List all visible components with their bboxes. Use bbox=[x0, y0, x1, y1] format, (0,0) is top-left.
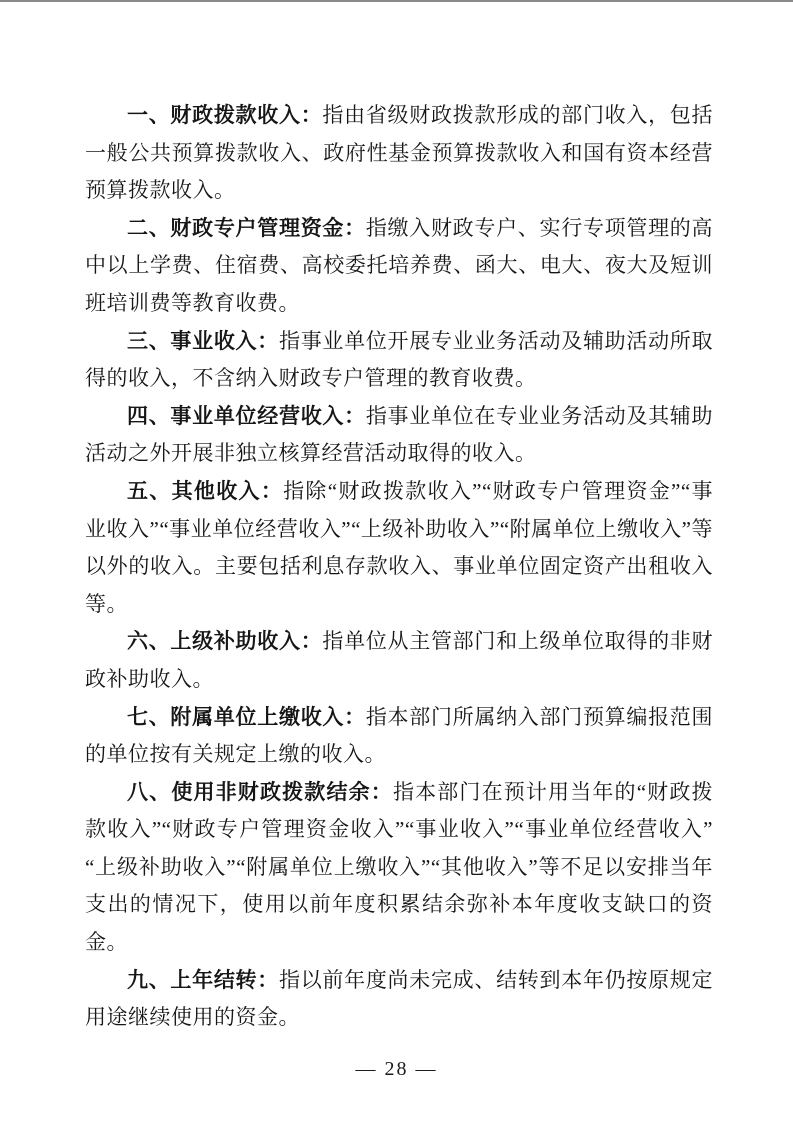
paragraph-heading: 五、其他收入： bbox=[127, 480, 283, 503]
paragraph-heading: 八、使用非财政拨款结余： bbox=[127, 781, 393, 804]
definition-paragraph: 五、其他收入：指除“财政拨款收入”“财政专户管理资金”“事业收入”“事业单位经营… bbox=[85, 473, 713, 623]
definition-paragraph: 一、财政拨款收入：指由省级财政拨款形成的部门收入，包括一般公共预算拨款收入、政府… bbox=[85, 97, 713, 210]
paragraph-list: 一、财政拨款收入：指由省级财政拨款形成的部门收入，包括一般公共预算拨款收入、政府… bbox=[85, 97, 713, 1037]
definition-paragraph: 四、事业单位经营收入：指事业单位在专业业务活动及其辅助活动之外开展非独立核算经营… bbox=[85, 398, 713, 473]
scan-edge-line bbox=[0, 0, 793, 2]
paragraph-heading: 二、财政专户管理资金： bbox=[127, 217, 366, 240]
paragraph-heading: 六、上级补助收入： bbox=[127, 630, 322, 653]
definition-paragraph: 二、财政专户管理资金：指缴入财政专户、实行专项管理的高中以上学费、住宿费、高校委… bbox=[85, 210, 713, 323]
page-number: — 28 — bbox=[356, 1058, 438, 1080]
definition-paragraph: 七、附属单位上缴收入：指本部门所属纳入部门预算编报范围的单位按有关规定上缴的收入… bbox=[85, 699, 713, 774]
paragraph-heading: 四、事业单位经营收入： bbox=[127, 405, 366, 428]
paragraph-body: 指本部门在预计用当年的“财政拨款收入”“财政专户管理资金收入”“事业收入”“事业… bbox=[85, 780, 713, 954]
paragraph-heading: 九、上年结转： bbox=[127, 969, 279, 992]
definition-paragraph: 三、事业收入：指事业单位开展专业业务活动及辅助活动所取得的收入，不含纳入财政专户… bbox=[85, 323, 713, 398]
definition-paragraph: 六、上级补助收入：指单位从主管部门和上级单位取得的非财政补助收入。 bbox=[85, 623, 713, 698]
paragraph-heading: 七、附属单位上缴收入： bbox=[127, 706, 366, 729]
paragraph-heading: 三、事业收入： bbox=[127, 330, 279, 353]
page-footer: — 28 — bbox=[0, 1058, 793, 1081]
document-page: 一、财政拨款收入：指由省级财政拨款形成的部门收入，包括一般公共预算拨款收入、政府… bbox=[0, 0, 793, 1122]
paragraph-heading: 一、财政拨款收入： bbox=[127, 104, 322, 127]
definition-paragraph: 八、使用非财政拨款结余：指本部门在预计用当年的“财政拨款收入”“财政专户管理资金… bbox=[85, 774, 713, 962]
definition-paragraph: 九、上年结转：指以前年度尚未完成、结转到本年仍按原规定用途继续使用的资金。 bbox=[85, 962, 713, 1037]
